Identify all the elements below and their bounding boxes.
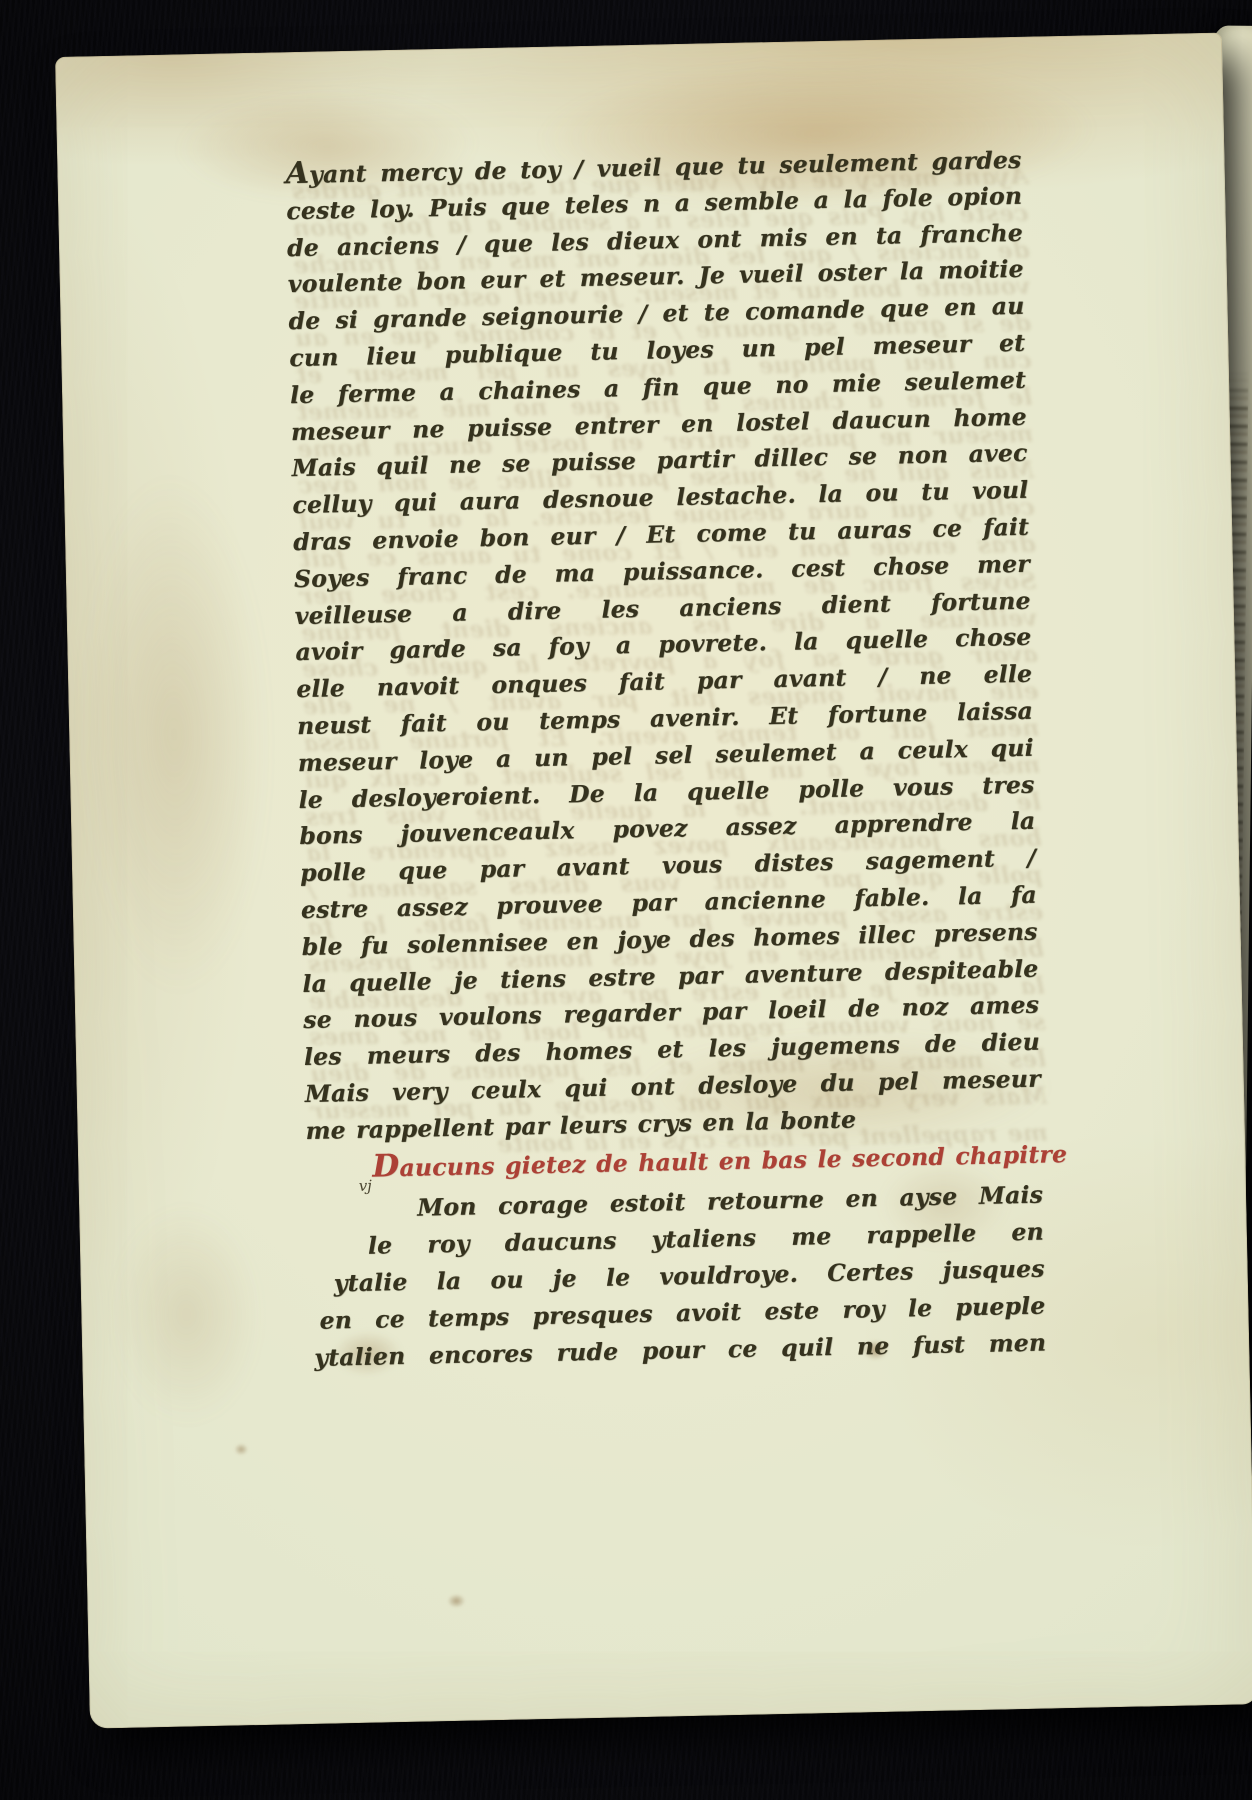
text-block: Ayant mercy de toy / vueil que tu seulem… [285, 141, 1046, 1376]
stain [234, 1443, 248, 1455]
stain [109, 1203, 264, 1426]
photo-backdrop: Ayant mercy de toy / vueil que tu seulem… [0, 0, 1252, 1800]
main-paragraph: Ayant mercy de toy / vueil que tu seulem… [285, 141, 1042, 1150]
margin-mark: vj [359, 1179, 372, 1194]
stain [447, 1594, 465, 1608]
closing-paragraph: vj Mon corage estoit retourne en ayse Ma… [307, 1177, 1047, 1376]
manuscript-page: Ayant mercy de toy / vueil que tu seulem… [55, 33, 1252, 1729]
stain [74, 473, 275, 997]
closing-lines: Mon corage estoit retourne en ayse Maisl… [307, 1177, 1047, 1376]
